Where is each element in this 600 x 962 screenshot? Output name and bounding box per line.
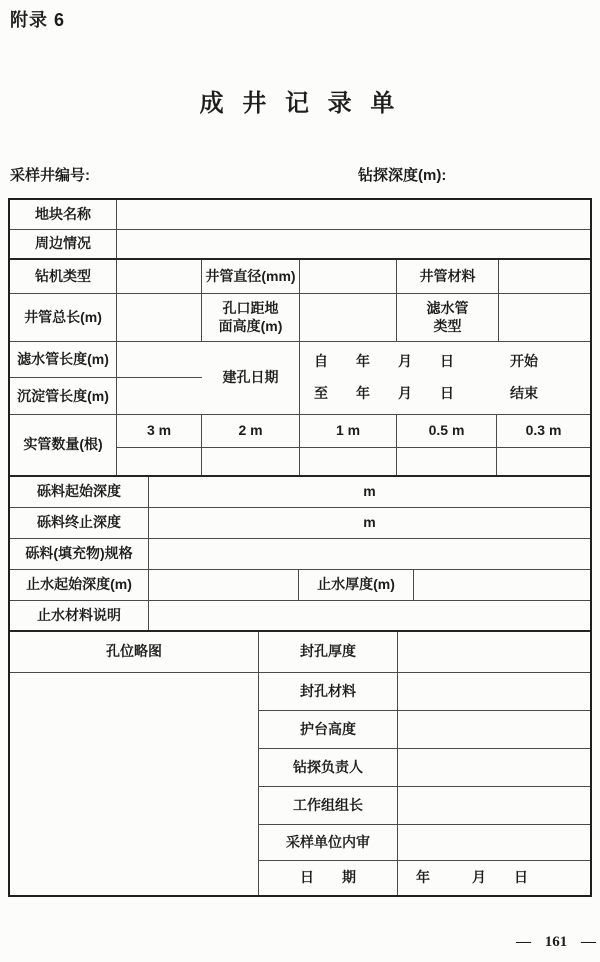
drilling-depth-label: 钻探深度(m):	[358, 164, 446, 185]
pipe-total-length-label: 井管总长(m)	[10, 294, 117, 341]
hole-date-start-line: 自 年 月 日 开始	[314, 353, 538, 371]
row-gravel-start: 砾料起始深度 m	[10, 477, 590, 508]
sketch-area	[10, 673, 258, 895]
pipe-size-1m: 1 m	[300, 415, 397, 447]
pipe-count-03m-cell	[497, 448, 590, 475]
surroundings-label: 周边情况	[10, 230, 117, 258]
row-pipe-lengths-and-date: 滤水管长度(m) 沉淀管长度(m) 建孔日期 自 年 月 日 开始 至 年 月 …	[10, 342, 590, 415]
page-title: 成 井 记 录 单	[0, 83, 600, 118]
row-plug-thickness: 封孔厚度	[259, 632, 590, 673]
orifice-height-line1: 孔口距地	[219, 300, 283, 318]
sampling-review-label: 采样单位内审	[259, 825, 398, 860]
bottom-section: 孔位略图 封孔厚度 封孔材料 护台高度 钻探负责人	[10, 632, 590, 895]
gravel-start-label: 砾料起始深度	[10, 477, 149, 507]
rig-type-value-cell	[117, 260, 202, 293]
pipe-size-3m: 3 m	[117, 415, 202, 447]
date-label: 日 期	[259, 861, 398, 895]
plug-material-value-cell	[398, 673, 590, 710]
gravel-start-value-cell: m	[149, 477, 590, 507]
pipe-count-value-row	[117, 448, 590, 475]
pipe-length-block: 滤水管长度(m) 沉淀管长度(m)	[10, 342, 202, 414]
surroundings-value-cell	[117, 230, 590, 258]
row-rig-type: 钻机类型 井管直径(mm) 井管材料	[10, 260, 590, 294]
filter-length-value-cell	[117, 342, 202, 377]
plot-name-label: 地块名称	[10, 200, 117, 229]
filter-type-line2: 类型	[427, 318, 469, 336]
row-seal-material: 止水材料说明	[10, 601, 590, 632]
gravel-spec-label: 砾料(填充物)规格	[10, 539, 149, 569]
drill-lead-label: 钻探负责人	[259, 749, 398, 786]
gravel-spec-value-cell	[149, 539, 590, 569]
sediment-length-label: 沉淀管长度(m)	[10, 378, 117, 415]
scanned-form-page: 附录 6 成 井 记 录 单 采样井编号: 钻探深度(m): 地块名称 周边情况…	[0, 0, 600, 962]
signoff-block: 封孔厚度 封孔材料 护台高度 钻探负责人 工作组组长	[259, 632, 590, 895]
pipe-size-05m: 0.5 m	[397, 415, 497, 447]
row-surroundings: 周边情况	[10, 230, 590, 260]
sampling-review-value-cell	[398, 825, 590, 860]
row-team-lead: 工作组组长	[259, 787, 590, 825]
appendix-label: 附录 6	[10, 6, 65, 32]
pipe-count-1m-cell	[300, 448, 397, 475]
row-filter-length: 滤水管长度(m)	[10, 342, 202, 378]
pipe-material-label: 井管材料	[397, 260, 499, 293]
hole-date-value-cell: 自 年 月 日 开始 至 年 月 日 结束	[300, 342, 590, 414]
row-plug-material: 封孔材料	[259, 673, 590, 711]
row-gravel-spec: 砾料(填充物)规格	[10, 539, 590, 570]
gravel-end-value-cell: m	[149, 508, 590, 538]
hole-date-label: 建孔日期	[202, 342, 300, 414]
well-record-table: 地块名称 周边情况 钻机类型 井管直径(mm) 井管材料 井管总长(m) 孔口距…	[8, 198, 592, 897]
pipe-count-05m-cell	[397, 448, 497, 475]
sample-well-number-label: 采样井编号:	[10, 164, 90, 185]
row-date: 日 期 年 月 日	[259, 861, 590, 895]
filter-type-label: 滤水管 类型	[397, 294, 499, 341]
sediment-length-value-cell	[117, 378, 202, 415]
solid-pipe-count-label: 实管数量(根)	[10, 415, 117, 475]
team-lead-label: 工作组组长	[259, 787, 398, 824]
pipe-size-03m: 0.3 m	[497, 415, 590, 447]
pipe-size-header-row: 3 m 2 m 1 m 0.5 m 0.3 m	[117, 415, 590, 448]
seal-thickness-value-cell	[414, 570, 590, 600]
seal-material-value-cell	[149, 601, 590, 630]
pipe-size-2m: 2 m	[202, 415, 300, 447]
date-value-cell: 年 月 日	[398, 861, 590, 895]
seal-start-value-cell	[149, 570, 299, 600]
pipe-count-2m-cell	[202, 448, 300, 475]
filter-type-value-cell	[499, 294, 590, 341]
pipe-diameter-value-cell	[300, 260, 397, 293]
row-seal-start: 止水起始深度(m) 止水厚度(m)	[10, 570, 590, 601]
row-gravel-end: 砾料终止深度 m	[10, 508, 590, 539]
pipe-count-3m-cell	[117, 448, 202, 475]
row-sampling-review: 采样单位内审	[259, 825, 590, 861]
row-drill-lead: 钻探负责人	[259, 749, 590, 787]
plot-name-value-cell	[117, 200, 590, 229]
filter-type-line1: 滤水管	[427, 300, 469, 318]
hole-date-end-line: 至 年 月 日 结束	[314, 385, 538, 403]
pipe-total-length-value-cell	[117, 294, 202, 341]
seal-thickness-label: 止水厚度(m)	[299, 570, 414, 600]
drill-lead-value-cell	[398, 749, 590, 786]
pipe-diameter-label: 井管直径(mm)	[202, 260, 300, 293]
orifice-height-label: 孔口距地 面高度(m)	[202, 294, 300, 341]
rig-type-label: 钻机类型	[10, 260, 117, 293]
row-pipe-total-length: 井管总长(m) 孔口距地 面高度(m) 滤水管 类型	[10, 294, 590, 342]
orifice-height-value-cell	[300, 294, 397, 341]
orifice-height-line2: 面高度(m)	[219, 318, 283, 336]
sketch-label: 孔位略图	[10, 632, 258, 673]
platform-height-label: 护台高度	[259, 711, 398, 748]
filter-length-label: 滤水管长度(m)	[10, 342, 117, 377]
page-number: — 161 —	[516, 934, 596, 951]
plug-thickness-label: 封孔厚度	[259, 632, 398, 672]
row-sediment-length: 沉淀管长度(m)	[10, 378, 202, 415]
row-solid-pipe-count: 实管数量(根) 3 m 2 m 1 m 0.5 m 0.3 m	[10, 415, 590, 477]
sketch-block: 孔位略图	[10, 632, 259, 895]
seal-start-label: 止水起始深度(m)	[10, 570, 149, 600]
solid-pipe-grid: 3 m 2 m 1 m 0.5 m 0.3 m	[117, 415, 590, 475]
plug-thickness-value-cell	[398, 632, 590, 672]
pipe-material-value-cell	[499, 260, 590, 293]
row-plot-name: 地块名称	[10, 200, 590, 230]
row-platform-height: 护台高度	[259, 711, 590, 749]
plug-material-label: 封孔材料	[259, 673, 398, 710]
platform-height-value-cell	[398, 711, 590, 748]
seal-material-label: 止水材料说明	[10, 601, 149, 630]
gravel-end-label: 砾料终止深度	[10, 508, 149, 538]
team-lead-value-cell	[398, 787, 590, 824]
